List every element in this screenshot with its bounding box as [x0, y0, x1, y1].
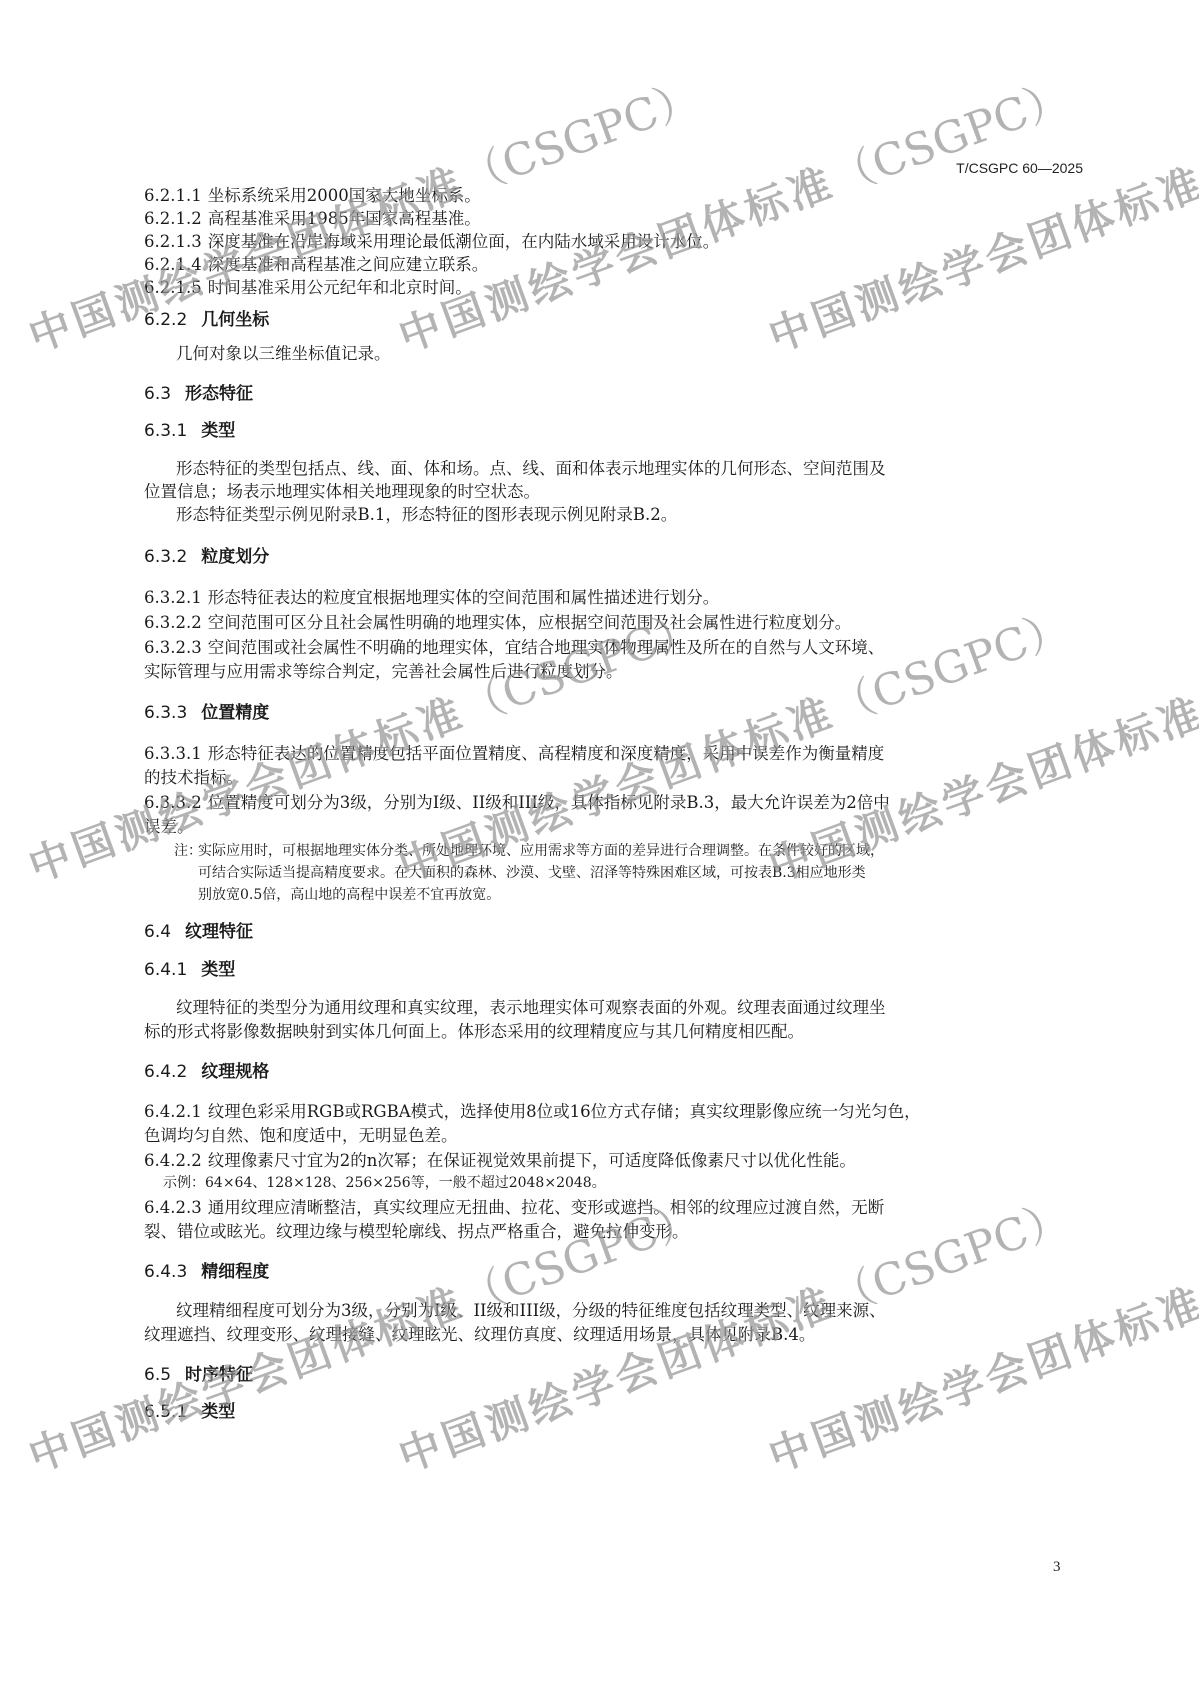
document-page: T/CSGPC 60—2025 6.2.1.1坐标系统采用2000国家大地坐标系… — [0, 0, 1199, 1696]
example-6-4-2-2: 示例：64×64、128×128、256×256等，一般不超过2048×2048… — [163, 1174, 606, 1193]
heading-6-3-3: 6.3.3位置精度 — [144, 703, 269, 723]
note-line-2: 可结合实际适当提高精度要求。在大面积的森林、沙漠、戈壁、沼泽等特殊困难区域，可按… — [198, 864, 866, 883]
clause-text: 空间范围或社会属性不明确的地理实体，宜结合地理实体物理属性及所在的自然与人文环境… — [208, 638, 885, 657]
clause-6-3-2-3-cont: 实际管理与应用需求等综合判定，完善社会属性后进行粒度划分。 — [144, 662, 623, 682]
note-line-1: 实际应用时，可根据地理实体分类、所处地理环境、应用需求等方面的差异进行合理调整。… — [198, 842, 884, 861]
heading-6-4: 6.4纹理特征 — [144, 922, 253, 942]
heading-number: 6.5.1 — [144, 1402, 187, 1422]
paragraph-6-3-1-line2: 位置信息；场表示地理实体相关地理现象的时空状态。 — [144, 482, 540, 502]
clause-text: 通用纹理应清晰整洁，真实纹理应无扭曲、拉花、变形或遮挡。相邻的纹理应过渡自然，无… — [208, 1198, 885, 1217]
clause-number: 6.4.2.1 — [144, 1102, 202, 1121]
heading-6-4-3: 6.4.3精细程度 — [144, 1262, 269, 1282]
page-number: 3 — [1053, 1559, 1061, 1576]
note-line-3: 别放宽0.5倍，高山地的高程中误差不宜再放宽。 — [198, 886, 500, 905]
clause-6-2-1-1: 6.2.1.1坐标系统采用2000国家大地坐标系。 — [144, 186, 481, 206]
paragraph-6-3-1-appendix-ref: 形态特征类型示例见附录B.1，形态特征的图形表现示例见附录B.2。 — [176, 505, 677, 525]
heading-6-3: 6.3形态特征 — [144, 384, 253, 404]
clause-text: 空间范围可区分且社会属性明确的地理实体，应根据空间范围及社会属性进行粒度划分。 — [208, 613, 852, 632]
clause-text: 坐标系统采用2000国家大地坐标系。 — [208, 186, 481, 205]
heading-title: 时序特征 — [185, 1365, 253, 1385]
watermark: 中国测绘学会团体标准（CSGPC） — [758, 1181, 1199, 1484]
clause-number: 6.2.1.3 — [144, 232, 202, 251]
clause-6-2-1-5: 6.2.1.5时间基准采用公元纪年和北京时间。 — [144, 278, 472, 298]
heading-title: 纹理特征 — [185, 922, 253, 942]
clause-number: 6.2.1.5 — [144, 278, 202, 297]
clause-6-3-3-1-cont: 的技术指标。 — [144, 768, 243, 788]
clause-number: 6.3.2.2 — [144, 613, 202, 632]
clause-text: 高程基准采用1985年国家高程基准。 — [208, 209, 481, 228]
clause-text: 深度基准和高程基准之间应建立联系。 — [208, 255, 489, 274]
heading-number: 6.4.3 — [144, 1262, 187, 1282]
clause-6-2-1-2: 6.2.1.2高程基准采用1985年国家高程基准。 — [144, 209, 481, 229]
paragraph-6-4-1-line2: 标的形式将影像数据映射到实体几何面上。体形态采用的纹理精度应与其几何精度相匹配。 — [144, 1022, 804, 1042]
clause-number: 6.2.1.1 — [144, 186, 202, 205]
clause-6-3-2-3: 6.3.2.3空间范围或社会属性不明确的地理实体，宜结合地理实体物理属性及所在的… — [144, 638, 884, 658]
clause-6-4-2-3-cont: 裂、错位或眩光。纹理边缘与模型轮廓线、拐点严格重合，避免拉伸变形。 — [144, 1222, 689, 1242]
clause-6-3-3-1: 6.3.3.1形态特征表达的位置精度包括平面位置精度、高程精度和深度精度，采用中… — [144, 744, 884, 764]
heading-number: 6.4 — [144, 922, 171, 942]
clause-6-4-2-1: 6.4.2.1纹理色彩采用RGB或RGBA模式，选择使用8位或16位方式存储；真… — [144, 1102, 921, 1122]
heading-number: 6.3 — [144, 384, 171, 404]
clause-6-4-2-2: 6.4.2.2纹理像素尺寸宜为2的n次幂；在保证视觉效果前提下，可适度降低像素尺… — [144, 1151, 856, 1171]
clause-number: 6.3.2.1 — [144, 588, 202, 607]
paragraph-6-3-1-line1: 形态特征的类型包括点、线、面、体和场。点、线、面和体表示地理实体的几何形态、空间… — [176, 459, 886, 479]
heading-number: 6.4.1 — [144, 960, 187, 980]
heading-6-5: 6.5时序特征 — [144, 1365, 253, 1385]
heading-number: 6.3.3 — [144, 703, 187, 723]
heading-title: 类型 — [201, 1402, 235, 1422]
heading-number: 6.3.1 — [144, 421, 187, 441]
paragraph-6-4-3-line2: 纹理遮挡、纹理变形、纹理接缝、纹理眩光、纹理仿真度、纹理适用场景，具体见附录B.… — [144, 1325, 815, 1345]
clause-6-3-3-2: 6.3.3.2位置精度可划分为3级，分别为I级、II级和III级，具体指标见附录… — [144, 793, 890, 813]
paragraph-6-4-1-line1: 纹理特征的类型分为通用纹理和真实纹理，表示地理实体可观察表面的外观。纹理表面通过… — [176, 998, 886, 1018]
clause-text: 位置精度可划分为3级，分别为I级、II级和III级，具体指标见附录B.3，最大允… — [208, 793, 890, 812]
clause-6-3-3-2-cont: 误差。 — [144, 817, 194, 837]
heading-title: 粒度划分 — [201, 547, 269, 567]
heading-title: 类型 — [201, 421, 235, 441]
clause-6-3-2-1: 6.3.2.1形态特征表达的粒度宜根据地理实体的空间范围和属性描述进行划分。 — [144, 588, 719, 608]
clause-6-4-2-3: 6.4.2.3通用纹理应清晰整洁，真实纹理应无扭曲、拉花、变形或遮挡。相邻的纹理… — [144, 1198, 884, 1218]
heading-title: 位置精度 — [201, 703, 269, 723]
clause-number: 6.2.1.2 — [144, 209, 202, 228]
heading-number: 6.4.2 — [144, 1062, 187, 1082]
paragraph-6-2-2: 几何对象以三维坐标值记录。 — [176, 344, 391, 364]
clause-6-2-1-3: 6.2.1.3深度基准在沿岸海域采用理论最低潮位面，在内陆水域采用设计水位。 — [144, 232, 719, 252]
clause-6-3-2-2: 6.3.2.2空间范围可区分且社会属性明确的地理实体，应根据空间范围及社会属性进… — [144, 613, 851, 633]
clause-text: 形态特征表达的粒度宜根据地理实体的空间范围和属性描述进行划分。 — [208, 588, 720, 607]
clause-6-2-1-4: 6.2.1.4深度基准和高程基准之间应建立联系。 — [144, 255, 488, 275]
watermark: 中国测绘学会团体标准（CSGPC） — [388, 61, 1077, 364]
heading-title: 精细程度 — [201, 1262, 269, 1282]
heading-number: 6.5 — [144, 1365, 171, 1385]
clause-number: 6.3.3.2 — [144, 793, 202, 812]
heading-number: 6.3.2 — [144, 547, 187, 567]
clause-number: 6.4.2.2 — [144, 1151, 202, 1170]
watermark: 中国测绘学会团体标准（CSGPC） — [758, 61, 1199, 364]
clause-text: 深度基准在沿岸海域采用理论最低潮位面，在内陆水域采用设计水位。 — [208, 232, 720, 251]
clause-number: 6.4.2.3 — [144, 1198, 202, 1217]
heading-6-4-2: 6.4.2纹理规格 — [144, 1062, 269, 1082]
heading-title: 纹理规格 — [201, 1062, 269, 1082]
heading-title: 几何坐标 — [201, 310, 269, 330]
clause-6-4-2-1-cont: 色调均匀自然、饱和度适中，无明显色差。 — [144, 1126, 458, 1146]
document-code: T/CSGPC 60—2025 — [956, 160, 1083, 176]
heading-number: 6.2.2 — [144, 310, 187, 330]
heading-6-4-1: 6.4.1类型 — [144, 960, 235, 980]
clause-text: 纹理像素尺寸宜为2的n次幂；在保证视觉效果前提下，可适度降低像素尺寸以优化性能。 — [208, 1151, 856, 1170]
heading-title: 类型 — [201, 960, 235, 980]
clause-number: 6.3.2.3 — [144, 638, 202, 657]
heading-6-3-2: 6.3.2粒度划分 — [144, 547, 269, 567]
clause-text: 时间基准采用公元纪年和北京时间。 — [208, 278, 472, 297]
heading-6-2-2: 6.2.2几何坐标 — [144, 310, 269, 330]
heading-6-3-1: 6.3.1类型 — [144, 421, 235, 441]
heading-title: 形态特征 — [185, 384, 253, 404]
heading-6-5-1: 6.5.1类型 — [144, 1402, 235, 1422]
clause-text: 纹理色彩采用RGB或RGBA模式，选择使用8位或16位方式存储；真实纹理影像应统… — [208, 1102, 921, 1121]
paragraph-6-4-3-line1: 纹理精细程度可划分为3级，分别为Ⅰ级、II级和III级，分级的特征维度包括纹理类… — [176, 1301, 886, 1321]
clause-text: 形态特征表达的位置精度包括平面位置精度、高程精度和深度精度，采用中误差作为衡量精… — [208, 744, 885, 763]
clause-number: 6.2.1.4 — [144, 255, 202, 274]
clause-number: 6.3.3.1 — [144, 744, 202, 763]
